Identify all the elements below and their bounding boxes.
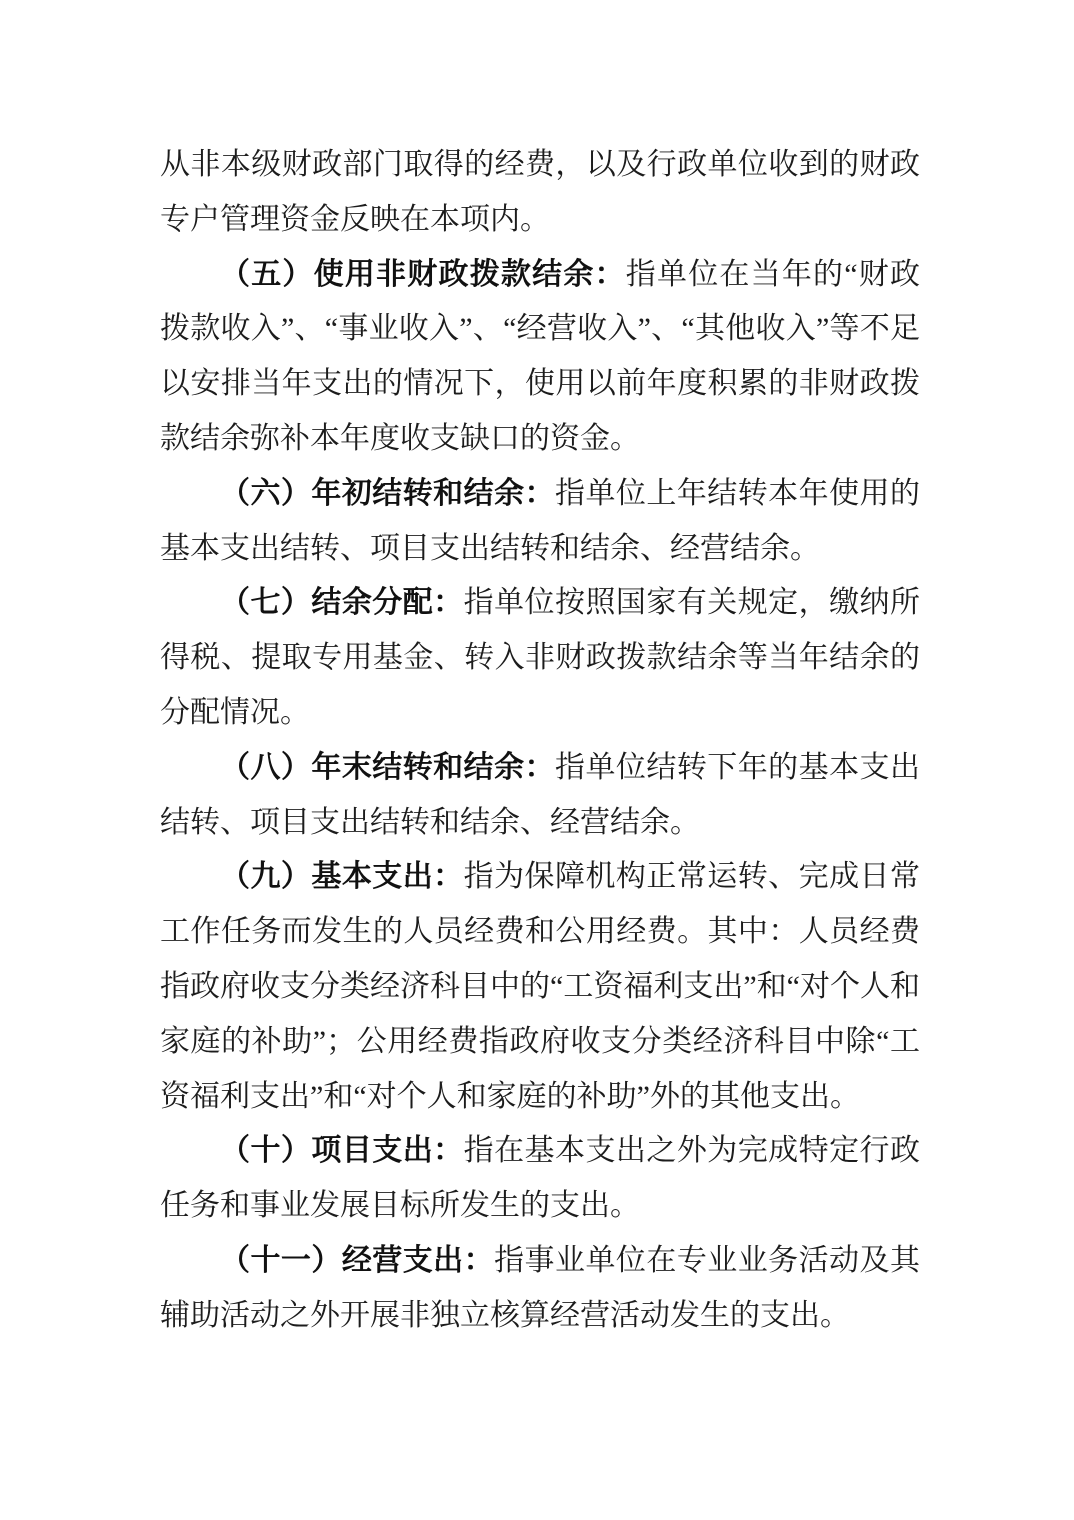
definition-item-6: （六）年初结转和结余：指单位上年结转本年使用的基本支出结转、项目支出结转和结余、… <box>160 467 920 577</box>
definition-term: （六）年初结转和结余： <box>220 477 555 510</box>
paragraph-continuation: 从非本级财政部门取得的经费，以及行政单位收到的财政专户管理资金反映在本项内。 <box>160 138 920 248</box>
definition-item-7: （七）结余分配：指单位按照国家有关规定，缴纳所得税、提取专用基金、转入非财政拨款… <box>160 576 920 740</box>
definition-term: （十一）经营支出： <box>220 1244 494 1277</box>
definition-term: （五）使用非财政拨款结余： <box>220 258 626 291</box>
definition-term: （八）年末结转和结余： <box>220 751 555 784</box>
definition-term: （七）结余分配： <box>220 586 464 619</box>
definition-term: （十）项目支出： <box>220 1134 464 1167</box>
definition-item-11: （十一）经营支出：指事业单位在专业业务活动及其辅助活动之外开展非独立核算经营活动… <box>160 1234 920 1344</box>
definition-item-8: （八）年末结转和结余：指单位结转下年的基本支出结转、项目支出结转和结余、经营结余… <box>160 741 920 851</box>
document-page: 从非本级财政部门取得的经费，以及行政单位收到的财政专户管理资金反映在本项内。 （… <box>0 0 1074 1520</box>
definition-body: 指为保障机构正常运转、完成日常工作任务而发生的人员经费和公用经费。其中：人员经费… <box>160 860 920 1112</box>
definition-item-10: （十）项目支出：指在基本支出之外为完成特定行政任务和事业发展目标所发生的支出。 <box>160 1124 920 1234</box>
definition-item-5: （五）使用非财政拨款结余：指单位在当年的“财政拨款收入”、“事业收入”、“经营收… <box>160 248 920 467</box>
definition-term: （九）基本支出： <box>220 860 464 893</box>
definition-item-9: （九）基本支出：指为保障机构正常运转、完成日常工作任务而发生的人员经费和公用经费… <box>160 850 920 1124</box>
